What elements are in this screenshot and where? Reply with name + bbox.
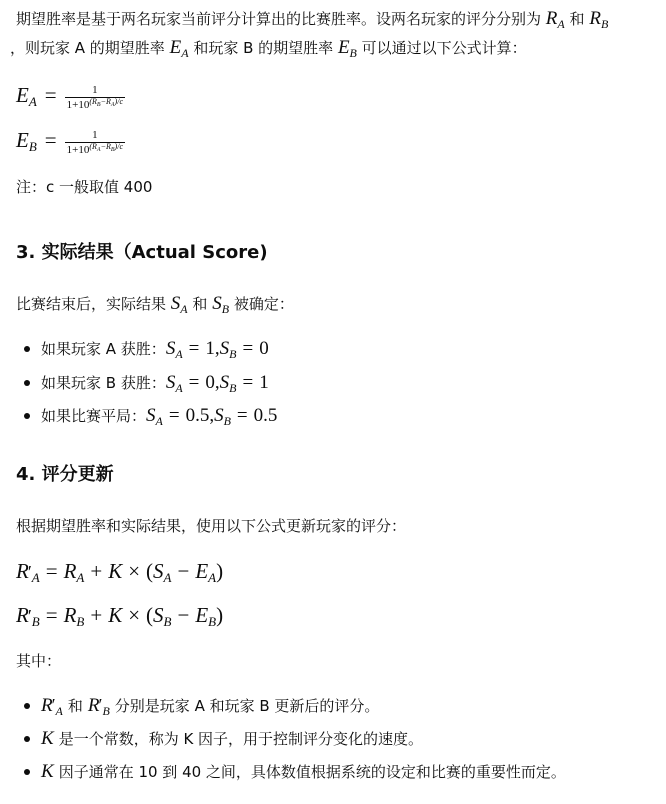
fraction: 1 1+10(RB−RA)/c (65, 84, 125, 111)
intro-line2-prefix: ，则玩家 A 的期望胜率 (10, 39, 165, 57)
math-ra: RA (546, 8, 565, 29)
math-rb: RB (589, 8, 608, 29)
numerator: 1 (90, 129, 100, 142)
formula-update-b: R′B=RB+K×(SB−EB) (16, 601, 223, 630)
formula-ea: EA = 1 1+10(RB−RA)/c (16, 80, 125, 111)
math-ra-prime: R′A (41, 693, 63, 718)
bullet-text: 因子通常在 10 到 40 之间，具体数值根据系统的设定和比赛的重要性而定。 (59, 760, 566, 784)
bullet-icon (24, 380, 30, 386)
formula-eb-lhs: EB (16, 128, 37, 153)
where-label: 其中： (16, 650, 61, 672)
bullet-math: SA=0.5,SB=0.5 (146, 404, 277, 428)
math-sb: SB (212, 293, 229, 314)
equals-sign: = (45, 83, 57, 108)
formula-eb: EB = 1 1+10(RA−RB)/c (16, 125, 125, 156)
intro-prefix: 比赛结束后，实际结果 (16, 295, 166, 313)
intro-suffix: 被确定： (234, 295, 294, 313)
math-ea: EA (170, 37, 189, 58)
list-item: 如果比赛平局： SA=0.5,SB=0.5 (24, 404, 277, 428)
note-text: 注：c 一般取值 400 (16, 176, 152, 198)
bullet-math: SA=0,SB=1 (166, 371, 269, 395)
section-3-heading: 3. 实际结果（Actual Score) (16, 241, 268, 265)
bullet-text: 是一个常数，称为 K 因子，用于控制评分变化的速度。 (59, 727, 423, 751)
intro-line-1: 期望胜率是基于两名玩家当前评分计算出的比赛胜率。设两名玩家的评分分别为 RA 和… (16, 8, 608, 30)
denominator: 1+10(RA−RB)/c (65, 142, 125, 156)
bullet-label: 如果玩家 B 获胜： (41, 371, 166, 395)
math-eb: EB (338, 37, 357, 58)
section-4-heading: 4. 评分更新 (16, 463, 114, 487)
bullet-icon (24, 413, 30, 419)
section-3-intro: 比赛结束后，实际结果 SA 和 SB 被确定： (16, 293, 294, 315)
math-rb-prime: R′B (88, 693, 110, 718)
intro-line2-mid: 和玩家 B 的期望胜率 (193, 39, 333, 57)
bullet-math: SA=1,SB=0 (166, 337, 269, 361)
list-item: K 因子通常在 10 到 40 之间，具体数值根据系统的设定和比赛的重要性而定。 (24, 760, 566, 784)
intro-line-2: ，则玩家 A 的期望胜率 EA 和玩家 B 的期望胜率 EB 可以通过以下公式计… (10, 37, 527, 59)
bullet-icon (24, 736, 30, 742)
and-text: 和 (68, 694, 83, 718)
and-text: 和 (570, 10, 585, 28)
and-text: 和 (192, 295, 207, 313)
formula-ea-lhs: EA (16, 83, 37, 108)
denominator: 1+10(RB−RA)/c (65, 97, 125, 111)
math-k: K (41, 727, 54, 751)
list-item: 如果玩家 B 获胜： SA=0,SB=1 (24, 371, 269, 395)
intro-line2-suffix: 可以通过以下公式计算： (362, 39, 527, 57)
math-sa: SA (171, 293, 188, 314)
bullet-label: 如果比赛平局： (41, 404, 146, 428)
list-item: 如果玩家 A 获胜： SA=1,SB=0 (24, 337, 269, 361)
list-item: K 是一个常数，称为 K 因子，用于控制评分变化的速度。 (24, 727, 423, 751)
section-4-intro: 根据期望胜率和实际结果，使用以下公式更新玩家的评分： (16, 515, 406, 537)
math-k: K (41, 760, 54, 784)
fraction: 1 1+10(RA−RB)/c (65, 129, 125, 156)
bullet-label: 如果玩家 A 获胜： (41, 337, 166, 361)
equals-sign: = (45, 128, 57, 153)
formula-update-a: R′A=RA+K×(SA−EA) (16, 557, 223, 586)
bullet-icon (24, 346, 30, 352)
bullet-icon (24, 769, 30, 775)
numerator: 1 (90, 84, 100, 97)
bullet-icon (24, 703, 30, 709)
intro-text: 期望胜率是基于两名玩家当前评分计算出的比赛胜率。设两名玩家的评分分别为 (16, 10, 541, 28)
list-item: R′A 和 R′B 分别是玩家 A 和玩家 B 更新后的评分。 (24, 693, 379, 718)
bullet-text: 分别是玩家 A 和玩家 B 更新后的评分。 (115, 694, 380, 718)
